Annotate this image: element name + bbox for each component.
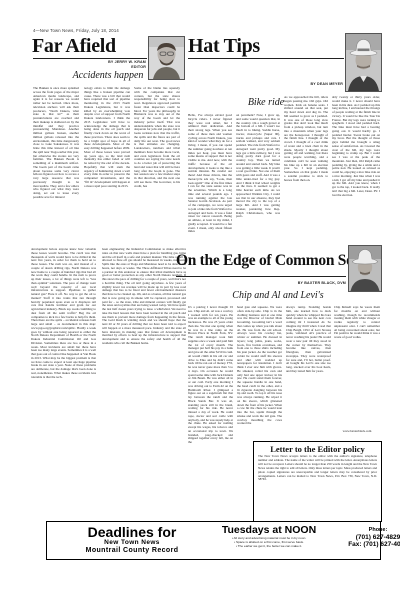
- letter-policy-body: The New Town News accepts letters to the…: [254, 455, 381, 482]
- far-afield-byline-role: EDITOR: [80, 65, 146, 70]
- common-sense-byline: BY BAXTER BLACK, DVM: [230, 281, 346, 286]
- common-sense-column-1: It's a pairing I never thought I'd see. …: [188, 306, 233, 519]
- letter-policy-box: Letter to the Editor policy The New Town…: [253, 441, 382, 522]
- common-sense-website: www.baxterblack.com: [334, 430, 380, 438]
- deadlines-line2: Mountrail County Record: [57, 547, 207, 555]
- far-afield-column-upper-1: The Bakken is once more splashed across …: [33, 87, 79, 245]
- hat-tips-column-4: ably twenty or thirty years older, would…: [332, 96, 380, 248]
- hat-tips-column-3: As we approached the hill, riders began …: [284, 96, 328, 248]
- contact-group: Phone: (701) 627-4829 Fax: (701) 627-402…: [332, 527, 400, 549]
- far-afield-column-lower-2: been engineering the Industrial Commissi…: [102, 248, 186, 519]
- masthead: 4—New Town News, Friday, July 18, 2014: [33, 28, 233, 33]
- hat-tips-rule: [188, 58, 344, 59]
- deadlines-box: Deadlines for New Town News Mountrail Co…: [46, 521, 381, 560]
- common-sense-title: On the Edge of Common Sense: [176, 252, 373, 270]
- far-afield-byline: BY JERRY W. KRAM EDITOR: [80, 60, 146, 69]
- far-afield-column-upper-2: nology exists to limit the damage things…: [84, 87, 130, 245]
- meyer-photo: [345, 33, 382, 92]
- far-afield-column-lower-1: development before anyone knew how valua…: [31, 248, 96, 519]
- hat-tips-column-2: on pavement? Now, I grew up, and some wo…: [236, 114, 280, 248]
- hat-tips-byline: BY DEAN MEYER: [250, 82, 343, 87]
- hat-tips-title: Hat Tips: [188, 35, 260, 58]
- common-sense-subhead: Chip and Al and Levi's: [176, 290, 380, 301]
- deadlines-title: Deadlines for: [57, 525, 207, 539]
- deadlines-line1: New Town News: [57, 539, 207, 547]
- common-sense-rule: [176, 276, 346, 277]
- baxter-black-portrait-icon: [349, 246, 381, 291]
- far-afield-title: Far Afield: [32, 35, 116, 58]
- baxter-black-photo: [348, 245, 382, 292]
- noon-bullet-3: • The earlier we get it, the better we c…: [210, 544, 328, 548]
- letter-policy-title: Letter to the Editor policy: [254, 444, 381, 454]
- newspaper-page: 4—New Town News, Friday, July 18, 2014 F…: [0, 0, 400, 600]
- common-sense-column-3: always runny. Standing beside him, one l…: [286, 306, 331, 437]
- fax-number: Fax: (701) 627-4021: [332, 541, 400, 549]
- far-afield-column-upper-3: Some of the blame lies squarely with the…: [134, 87, 180, 245]
- hat-tips-column-1: Hello, I've always envied good bicycle r…: [188, 114, 232, 248]
- deadlines-group: Deadlines for New Town News Mountrail Co…: [57, 525, 207, 554]
- noon-title: Tuesdays at NOON: [210, 525, 328, 536]
- meyer-portrait-icon: [346, 34, 381, 91]
- noon-group: Tuesdays at NOON • All story and adverti…: [210, 525, 328, 548]
- phone-number: (701) 627-4829: [332, 534, 400, 542]
- far-afield-subhead: Accidents happen: [33, 70, 183, 81]
- common-sense-column-4: Chip himself says he wears them for mont…: [334, 306, 380, 428]
